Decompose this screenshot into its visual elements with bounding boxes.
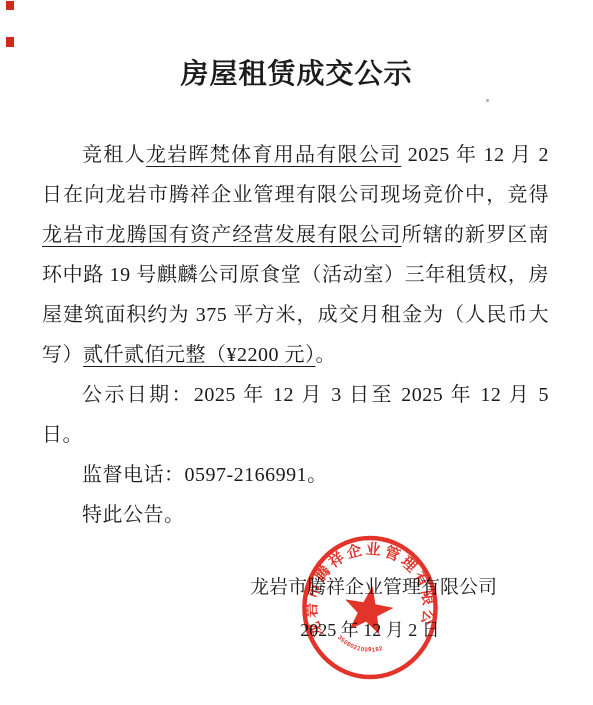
- scan-dot-artifact: [486, 99, 489, 102]
- text-segment: 。: [316, 344, 337, 366]
- seal-star-icon: [340, 582, 396, 636]
- main-paragraph: 竞租人龙岩晖梵体育用品有限公司 2025 年 12 月 2 日在向龙岩市腾祥企业…: [42, 135, 549, 375]
- underlined-text-segment: 龙岩晖梵体育用品有限公司: [146, 144, 402, 166]
- supervision-phone-line: 监督电话：0597-2166991。: [42, 455, 549, 495]
- closing-line: 特此公告。: [42, 495, 549, 535]
- underlined-text-segment: 龙岩市龙腾国有资产经营发展有限公司: [42, 224, 402, 246]
- red-corner-mark-top: [6, 1, 14, 10]
- document-body: 竞租人龙岩晖梵体育用品有限公司 2025 年 12 月 2 日在向龙岩市腾祥企业…: [42, 135, 549, 535]
- underlined-text-segment: 贰仟贰佰元整（¥2200 元）: [83, 344, 316, 366]
- document-title: 房屋租赁成交公示: [0, 52, 593, 92]
- document-page: 房屋租赁成交公示 竞租人龙岩晖梵体育用品有限公司 2025 年 12 月 2 日…: [0, 0, 593, 705]
- text-segment: 竞租人: [82, 144, 146, 166]
- publicity-date-line: 公示日期：2025 年 12 月 3 日至 2025 年 12 月 5 日。: [42, 375, 549, 455]
- seal-serial-number: 3508021009182: [336, 635, 384, 654]
- official-seal-stamp: 龙岩市腾祥企业管理有限公司 3508021009182: [300, 534, 440, 681]
- red-corner-mark-bottom: [6, 37, 14, 47]
